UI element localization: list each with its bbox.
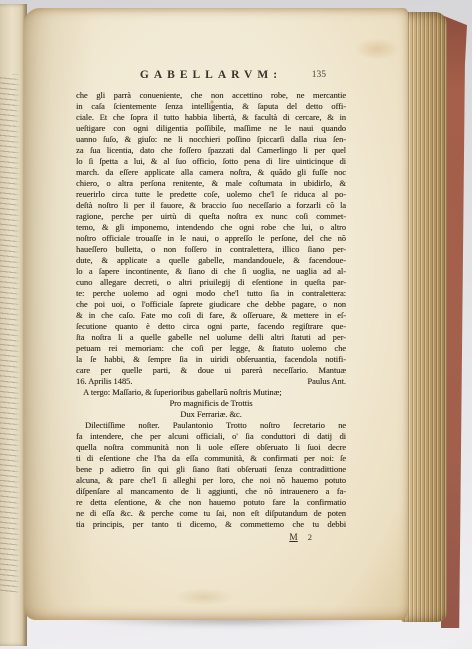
text-line: alcuna, & pare che'l ſi alleghi per loro… <box>76 475 346 486</box>
text-line: noſtro officiale trouaſſe in le naui, o … <box>76 233 346 244</box>
signature-number: 2 <box>308 532 312 542</box>
text-line: ſta noſtra li a quelle gabelle nel uolum… <box>76 332 346 343</box>
text-line: quella noſtra communità non li uole eſſe… <box>76 442 346 453</box>
text-line: ti di eſentione che l'ha da eſſa communi… <box>76 453 346 464</box>
book-photograph: GABELLARVM: 135 che gli parrà conuenient… <box>0 0 472 649</box>
text-line: cuno allegare decreti, o altri priuilegi… <box>76 277 346 288</box>
text-line: che gli parrà conueniente, che non accet… <box>76 90 346 101</box>
text-line: Pro magnificis de Trottis <box>76 398 346 409</box>
text-line: lo ſi ſpetta a lui, & al ſuo officio, ſo… <box>76 156 346 167</box>
text-line: Dilectiſſime noſter. Paulantonio Trotto … <box>76 420 346 431</box>
text-line: petuam rei memoriam: che coſi per legge,… <box>76 343 346 354</box>
text-line: 16. Aprilis 1485.Paulus Ant. <box>76 376 346 387</box>
text-line: Dux Ferrariæ. &c. <box>76 409 346 420</box>
book-page: GABELLARVM: 135 che gli parrà conuenient… <box>24 8 408 620</box>
text-line: lo a ſapere incontinente, & ſiano di che… <box>76 266 346 277</box>
paper-stain <box>174 588 234 606</box>
text-line: ne di eſſa &c. & perche come tu ſai, non… <box>76 508 346 519</box>
paper-stain <box>354 38 400 60</box>
text-line: A tergo: Maſſario, & ſuperioribus gabell… <box>76 387 346 398</box>
text-line: ragione, perche per uirtù di queſta noſt… <box>76 211 346 222</box>
text-line: deſtà noſtro li per il fauore, & braccio… <box>76 200 346 211</box>
text-line: bene p adietro ſin qui gli ſiano ſtati o… <box>76 464 346 475</box>
text-line: uanno ſuſo, & giuſo: ne li nocchieri poſ… <box>76 134 346 145</box>
text-line: ciale. Et che ſopra il tutto habbia libe… <box>76 112 346 123</box>
running-header: GABELLARVM: <box>76 68 346 82</box>
text-line: reuerirlo circa tutte le predette coſe, … <box>76 189 346 200</box>
text-line: la ſe habbi, & ſempre ſia in uiridi obſe… <box>76 354 346 365</box>
text-line: march. da eſſere applicate alla camera n… <box>76 167 346 178</box>
text-line: che poi uoi, o l'officiale ſaprete giudi… <box>76 299 346 310</box>
text-line: temo, & gli imponemo, intendendo che ogn… <box>76 222 346 233</box>
text-line: diſpenſare al mancamento de li aggiunti,… <box>76 486 346 497</box>
text-line: za ſua licentia, dato che foſſero ſpazza… <box>76 145 346 156</box>
text-line: in caſa ſcientemente ſenza intelligentia… <box>76 101 346 112</box>
text-line: care per quelle parti, & doue ui parerà … <box>76 365 346 376</box>
signature-letter: M <box>289 533 297 543</box>
text-line: chiero, o altra perſona renitente, & mal… <box>76 178 346 189</box>
page-text-block: GABELLARVM: 135 che gli parrà conuenient… <box>76 68 346 544</box>
header-row: GABELLARVM: 135 <box>76 68 346 84</box>
date-text: 16. Aprilis 1485. <box>76 376 132 387</box>
body-text-lines: che gli parrà conueniente, che non accet… <box>76 90 346 530</box>
text-line: ſecutione quanto è detto circa ogni part… <box>76 321 346 332</box>
text-line: haueſſero bulletta, o non foſſero in con… <box>76 244 346 255</box>
text-line: ueſtigare con ogni diligentia poſſibile,… <box>76 123 346 134</box>
signatory-name: Paulus Ant. <box>307 376 346 387</box>
text-line: te: perche uolemo ad ogni modo che'l tut… <box>76 288 346 299</box>
facing-page-edge <box>0 4 27 646</box>
text-line: tia principis, per tanto ti dicemo, & co… <box>76 519 346 530</box>
page-number: 135 <box>312 70 326 80</box>
text-line: dute, & applicate a quelle gabelle, mand… <box>76 255 346 266</box>
text-line: fa intendere, che per alcuni officiali, … <box>76 431 346 442</box>
text-line: re detta eſentione, & che non hauemo pot… <box>76 497 346 508</box>
text-line: & in che caſo. Fate mo coſi di fare, & o… <box>76 310 346 321</box>
signature-mark: M2 <box>76 531 346 544</box>
